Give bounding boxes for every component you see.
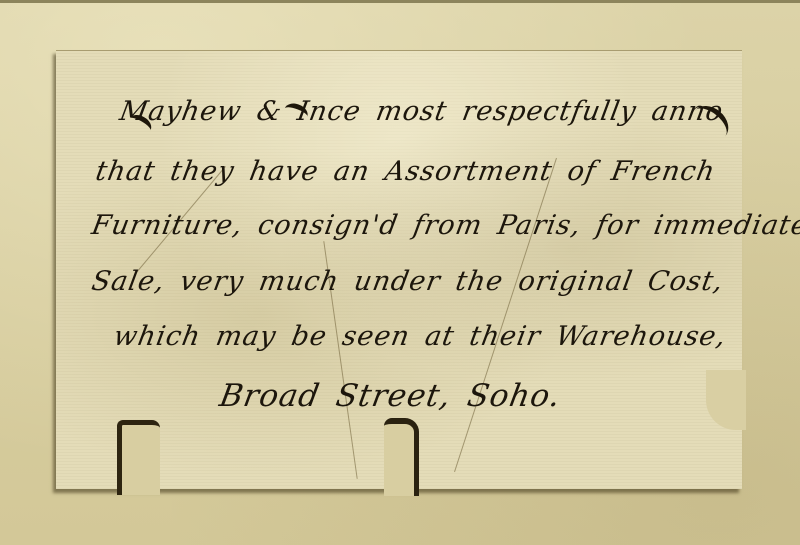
- inscription-line: which may be seen at their Warehouse,: [111, 321, 729, 352]
- torn-notch-middle: [384, 418, 419, 496]
- inscription-line: Furniture, consign'd from Paris, for imm…: [89, 210, 800, 241]
- mounting-board: Mayhew & Ince most respectfully anno tha…: [0, 0, 800, 545]
- inscription-address: Broad Street, Soho.: [217, 378, 564, 414]
- inscription-line: Sale, very much under the original Cost,: [89, 266, 726, 297]
- inscription-line: that they have an Assortment of French: [93, 156, 718, 187]
- inscription-line: Mayhew & Ince most respectfully anno: [117, 96, 726, 127]
- torn-notch-left: [117, 420, 160, 495]
